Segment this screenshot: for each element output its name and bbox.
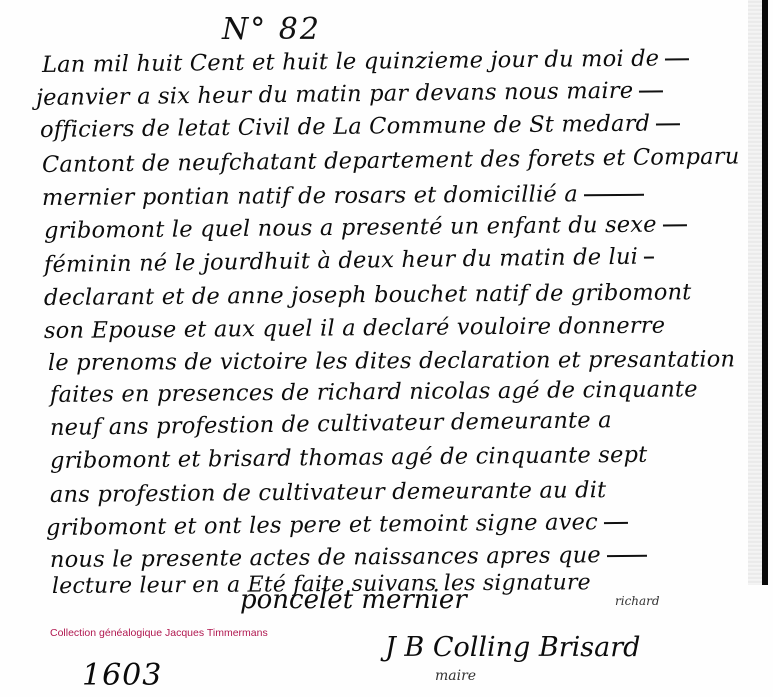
- line-text: Lan mil huit Cent et huit le quinzieme j…: [42, 46, 660, 78]
- line-filler-dash: [604, 522, 628, 524]
- line-text: gribomont et brisard thomas agé de cinqu…: [50, 442, 648, 474]
- text-line: mernier pontian natif de rosars et domic…: [42, 181, 644, 211]
- line-filler-dash: [656, 123, 680, 125]
- line-text: nous le presente actes de naissances apr…: [50, 542, 601, 573]
- text-line: féminin né le jourdhuit à deux heur du m…: [44, 243, 654, 278]
- line-text: gribomont et ont les pere et temoint sig…: [46, 509, 598, 541]
- line-text: declarant et de anne joseph bouchet nati…: [44, 279, 692, 311]
- line-text: officiers de letat Civil de La Commune d…: [40, 111, 650, 143]
- text-line: Cantont de neufchatant departement des f…: [42, 143, 740, 178]
- text-line: gribomont et brisard thomas agé de cinqu…: [50, 442, 648, 474]
- signature-mayor-brisard: J B Colling Brisard: [385, 632, 640, 663]
- text-line: ans profestion de cultivateur demeurante…: [50, 477, 607, 508]
- line-text: neuf ans profestion de cultivateur demeu…: [50, 407, 612, 441]
- text-line: gribomont et ont les pere et temoint sig…: [46, 509, 628, 541]
- line-text: faites en presences de richard nicolas a…: [50, 376, 698, 408]
- line-text: féminin né le jourdhuit à deux heur du m…: [44, 244, 638, 278]
- text-line: jeanvier a six heur du matin par devans …: [36, 77, 664, 111]
- line-filler-dash: [639, 90, 663, 92]
- text-line: officiers de letat Civil de La Commune d…: [40, 110, 680, 143]
- text-line: le prenoms de victoire les dites declara…: [48, 346, 735, 376]
- signature-poncelet-mernier: poncelet mernier: [240, 585, 467, 615]
- folio-number: 1603: [82, 658, 162, 693]
- text-line: declarant et de anne joseph bouchet nati…: [44, 279, 692, 311]
- line-text: le prenoms de victoire les dites declara…: [48, 346, 735, 376]
- collection-watermark: Collection généalogique Jacques Timmerma…: [50, 627, 268, 639]
- text-line: Lan mil huit Cent et huit le quinzieme j…: [42, 45, 690, 78]
- text-line: son Epouse et aux quel il a declaré voul…: [44, 313, 665, 344]
- line-filler-dash: [665, 58, 689, 60]
- line-text: son Epouse et aux quel il a declaré voul…: [44, 313, 665, 344]
- line-text: Cantont de neufchatant departement des f…: [42, 143, 740, 178]
- signature-maire-label: maire: [435, 668, 476, 684]
- text-line: neuf ans profestion de cultivateur demeu…: [50, 407, 612, 441]
- text-line: faites en presences de richard nicolas a…: [50, 376, 698, 408]
- line-filler-dash: [607, 555, 647, 557]
- line-text: ans profestion de cultivateur demeurante…: [50, 477, 607, 508]
- line-filler-dash: [644, 256, 654, 258]
- text-line: nous le presente actes de naissances apr…: [50, 542, 647, 573]
- act-number: N° 82: [222, 12, 321, 47]
- line-text: jeanvier a six heur du matin par devans …: [36, 78, 634, 111]
- line-filler-dash: [584, 194, 644, 196]
- line-text: mernier pontian natif de rosars et domic…: [42, 181, 578, 211]
- line-filler-dash: [663, 224, 687, 226]
- page-edge-border: [762, 0, 768, 585]
- line-text: gribomont le quel nous a presenté un enf…: [44, 212, 657, 244]
- signature-richard: richard: [615, 594, 660, 608]
- text-line: gribomont le quel nous a presenté un enf…: [44, 211, 687, 244]
- page-edge-shadow: [748, 0, 762, 585]
- scanned-register-page: N° 82 Lan mil huit Cent et huit le quinz…: [0, 0, 773, 697]
